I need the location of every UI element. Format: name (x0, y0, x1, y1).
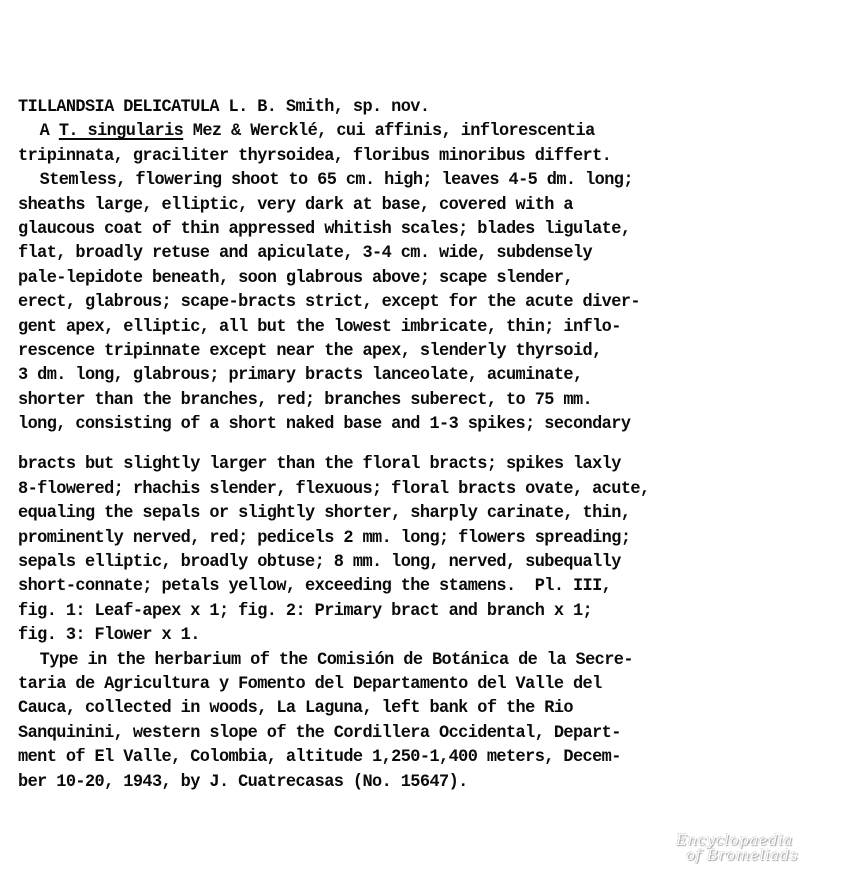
description-continued-line: fig. 3: Flower x 1. (18, 624, 845, 648)
description-line: Stemless, flowering shoot to 65 cm. high… (18, 169, 845, 193)
diagnosis-rest: Mez & Wercklé, cui affinis, inflorescent… (183, 122, 594, 141)
species-description: TILLANDSIA DELICATULA L. B. Smith, sp. n… (18, 96, 858, 795)
type-line: Sanquinini, western slope of the Cordill… (18, 722, 845, 746)
description-continued-line: equaling the sepals or slightly shorter,… (18, 502, 845, 526)
description-continued-line: prominently nerved, red; pedicels 2 mm. … (18, 527, 845, 551)
description-line: glaucous coat of thin appressed whitish … (18, 218, 845, 242)
type-line: Cauca, collected in woods, La Laguna, le… (18, 697, 845, 721)
watermark-line-2: of Bromeliads (676, 848, 836, 863)
description-line: sheaths large, elliptic, very dark at ba… (18, 194, 845, 218)
description-continued-line: bracts but slightly larger than the flor… (18, 453, 845, 477)
description-line: rescence tripinnate except near the apex… (18, 340, 845, 364)
latin-diagnosis-line-2: tripinnata, graciliter thyrsoidea, flori… (18, 145, 845, 169)
page-break-gap (18, 437, 858, 453)
description-line: flat, broadly retuse and apiculate, 3-4 … (18, 242, 845, 266)
related-species-underlined: T. singularis (59, 122, 183, 141)
type-line: Type in the herbarium of the Comisión de… (18, 649, 845, 673)
description-continued-line: 8-flowered; rhachis slender, flexuous; f… (18, 478, 845, 502)
type-line: ment of El Valle, Colombia, altitude 1,2… (18, 746, 845, 770)
species-title: TILLANDSIA DELICATULA L. B. Smith, sp. n… (18, 96, 845, 120)
description-line: shorter than the branches, red; branches… (18, 389, 845, 413)
description-line: erect, glabrous; scape-bracts strict, ex… (18, 291, 845, 315)
description-continued-line: short-connate; petals yellow, exceeding … (18, 575, 845, 599)
type-line: taria de Agricultura y Fomento del Depar… (18, 673, 845, 697)
description-line: pale-lepidote beneath, soon glabrous abo… (18, 267, 845, 291)
diagnosis-prefix: A (40, 122, 59, 141)
description-line: long, consisting of a short naked base a… (18, 413, 845, 437)
description-continued-line: sepals elliptic, broadly obtuse; 8 mm. l… (18, 551, 845, 575)
latin-diagnosis-line-1: A T. singularis Mez & Wercklé, cui affin… (18, 120, 845, 144)
description-line: gent apex, elliptic, all but the lowest … (18, 316, 845, 340)
description-continued-line: fig. 1: Leaf-apex x 1; fig. 2: Primary b… (18, 600, 845, 624)
encyclopaedia-watermark: Encyclopaedia of Bromeliads (676, 833, 836, 863)
type-line: ber 10-20, 1943, by J. Cuatrecasas (No. … (18, 771, 845, 795)
description-line: 3 dm. long, glabrous; primary bracts lan… (18, 364, 845, 388)
